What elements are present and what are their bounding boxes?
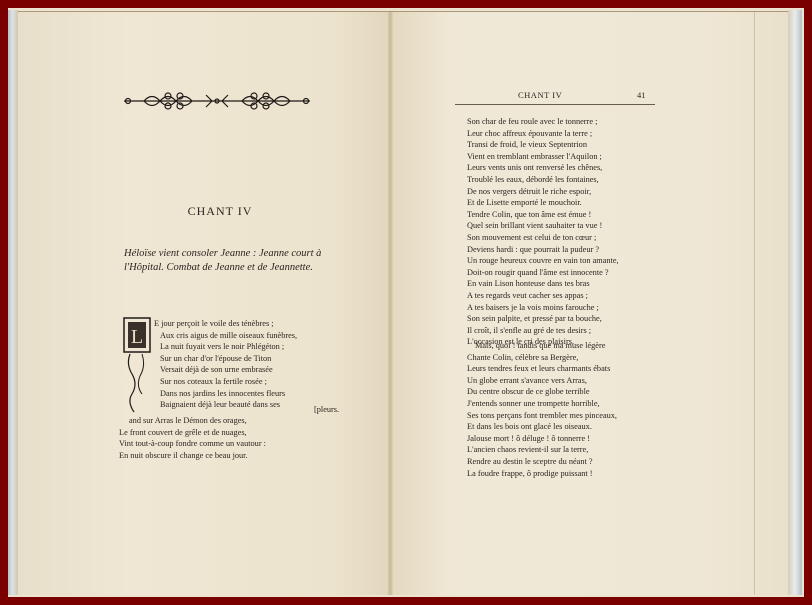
verse-line: Dans nos jardins les innocentes fleurs xyxy=(160,388,297,400)
verse-runover: [pleurs. xyxy=(314,405,339,414)
verse-line: Sur un char d'or l'épouse de Titon xyxy=(160,353,297,365)
page-number: 41 xyxy=(637,90,646,100)
drop-cap-icon: L xyxy=(122,316,152,416)
verse-stanza: Son char de feu roule avec le tonnerre ;… xyxy=(467,116,619,348)
ornament-headpiece-icon xyxy=(122,90,312,112)
verse-line: Quel sein brillant vient sauhaiter ta vu… xyxy=(467,220,619,232)
argument-line: Héloïse vient consoler Jeanne : Jeanne c… xyxy=(124,247,354,261)
verse-line: Un rouge heureux couvre en vain ton aman… xyxy=(467,255,619,267)
verse-line: Sur nos coteaux la fertile rosée ; xyxy=(160,376,297,388)
top-edge-line xyxy=(18,11,788,12)
verse-line: Un globe errant s'avance vers Arras, xyxy=(467,375,617,387)
verse-line: Ses tons perçans font trembler mes pince… xyxy=(467,410,617,422)
verse-line: Vient en tremblant embrasser l'Aquilon ; xyxy=(467,151,619,163)
verse-stanza: Mais, quoi ! tandis que ma muse légère C… xyxy=(467,340,617,479)
verse-line: L'ancien chaos revient-il sur la terre, xyxy=(467,444,617,456)
verse-line: Leurs tendres feux et leurs charmants éb… xyxy=(467,363,617,375)
verse-line: Il croît, il s'enfle au gré de tes desir… xyxy=(467,325,619,337)
argument-line: l'Hôpital. Combat de Jeanne et de Jeanne… xyxy=(124,261,354,275)
verse-line: Tendre Colin, que ton âme est émue ! xyxy=(467,209,619,221)
verse-line: Troublé les eaux, débordé les fontaines, xyxy=(467,174,619,186)
verse-line: De nos vergers détruit le riche espoir, xyxy=(467,186,619,198)
verse-line: Vint tout-à-coup fondre comme un vautour… xyxy=(119,438,266,450)
chapter-argument: Héloïse vient consoler Jeanne : Jeanne c… xyxy=(124,247,354,275)
verse-line: E jour perçoit le voile des ténèbres ; xyxy=(154,318,297,330)
verse-line: A tes baisers je la vois moins farouche … xyxy=(467,302,619,314)
verse-line: Deviens hardi : que pourrait la pudeur ? xyxy=(467,244,619,256)
verse-line: and sur Arras le Démon des orages, xyxy=(119,415,266,427)
left-page-edges xyxy=(8,10,18,595)
header-rule xyxy=(455,104,655,105)
verse-line: A tes regards veut cacher ses appas ; xyxy=(467,290,619,302)
verse-line: Versait déjà de son urne embrasée xyxy=(160,364,297,376)
right-page-edges xyxy=(788,10,802,595)
verse-line: Mais, quoi ! tandis que ma muse légère xyxy=(467,340,617,352)
verse-line: La nuit fuyait vers le noir Phlégéton ; xyxy=(160,341,297,353)
verse-line: Et dans les bois ont glacé les oiseaux. xyxy=(467,421,617,433)
svg-text:L: L xyxy=(131,326,143,348)
verse-line: Aux cris aigus de mille oiseaux funèbres… xyxy=(160,330,297,342)
verse-line: Et de Lisette emporté le mouchoir. xyxy=(467,197,619,209)
verse-line: La foudre frappe, ô prodige puissant ! xyxy=(467,468,617,480)
verse-line: Le front couvert de grêle et de nuages, xyxy=(119,427,266,439)
verse-line: En nuit obscure il change ce beau jour. xyxy=(119,450,266,462)
running-head: CHANT IV xyxy=(518,90,562,100)
verse-line: Baignaient déjà leur beauté dans ses xyxy=(160,399,297,411)
book-gutter xyxy=(388,12,393,595)
verse-line: En vain Lison honteuse dans tes bras xyxy=(467,278,619,290)
verse-stanza: and sur Arras le Démon des orages, Le fr… xyxy=(119,415,266,461)
verse-line: Rendre au destin le sceptre du néant ? xyxy=(467,456,617,468)
verse-line: Son char de feu roule avec le tonnerre ; xyxy=(467,116,619,128)
verse-line: Jalouse mort ! ô déluge ! ô tonnerre ! xyxy=(467,433,617,445)
verse-stanza: E jour perçoit le voile des ténèbres ; A… xyxy=(160,318,297,411)
verse-line: Son mouvement est celui de ton cœur ; xyxy=(467,232,619,244)
verse-line: Chante Colin, célèbre sa Bergère, xyxy=(467,352,617,364)
chapter-title: CHANT IV xyxy=(120,204,320,219)
verse-line: Du centre obscur de ce globe terrible xyxy=(467,386,617,398)
verse-line: Doit-on rougir quand l'âme est innocente… xyxy=(467,267,619,279)
verse-line: Leur choc affreux épouvante la terre ; xyxy=(467,128,619,140)
verse-line: Leurs vents unis ont renversé les chênes… xyxy=(467,162,619,174)
verse-line: J'entends sonner une trompette horrible, xyxy=(467,398,617,410)
verse-line: Son sein palpite, et pressé par ta bouch… xyxy=(467,313,619,325)
verse-line: Transi de froid, le vieux Septentrion xyxy=(467,139,619,151)
page-fold-line xyxy=(754,12,755,595)
